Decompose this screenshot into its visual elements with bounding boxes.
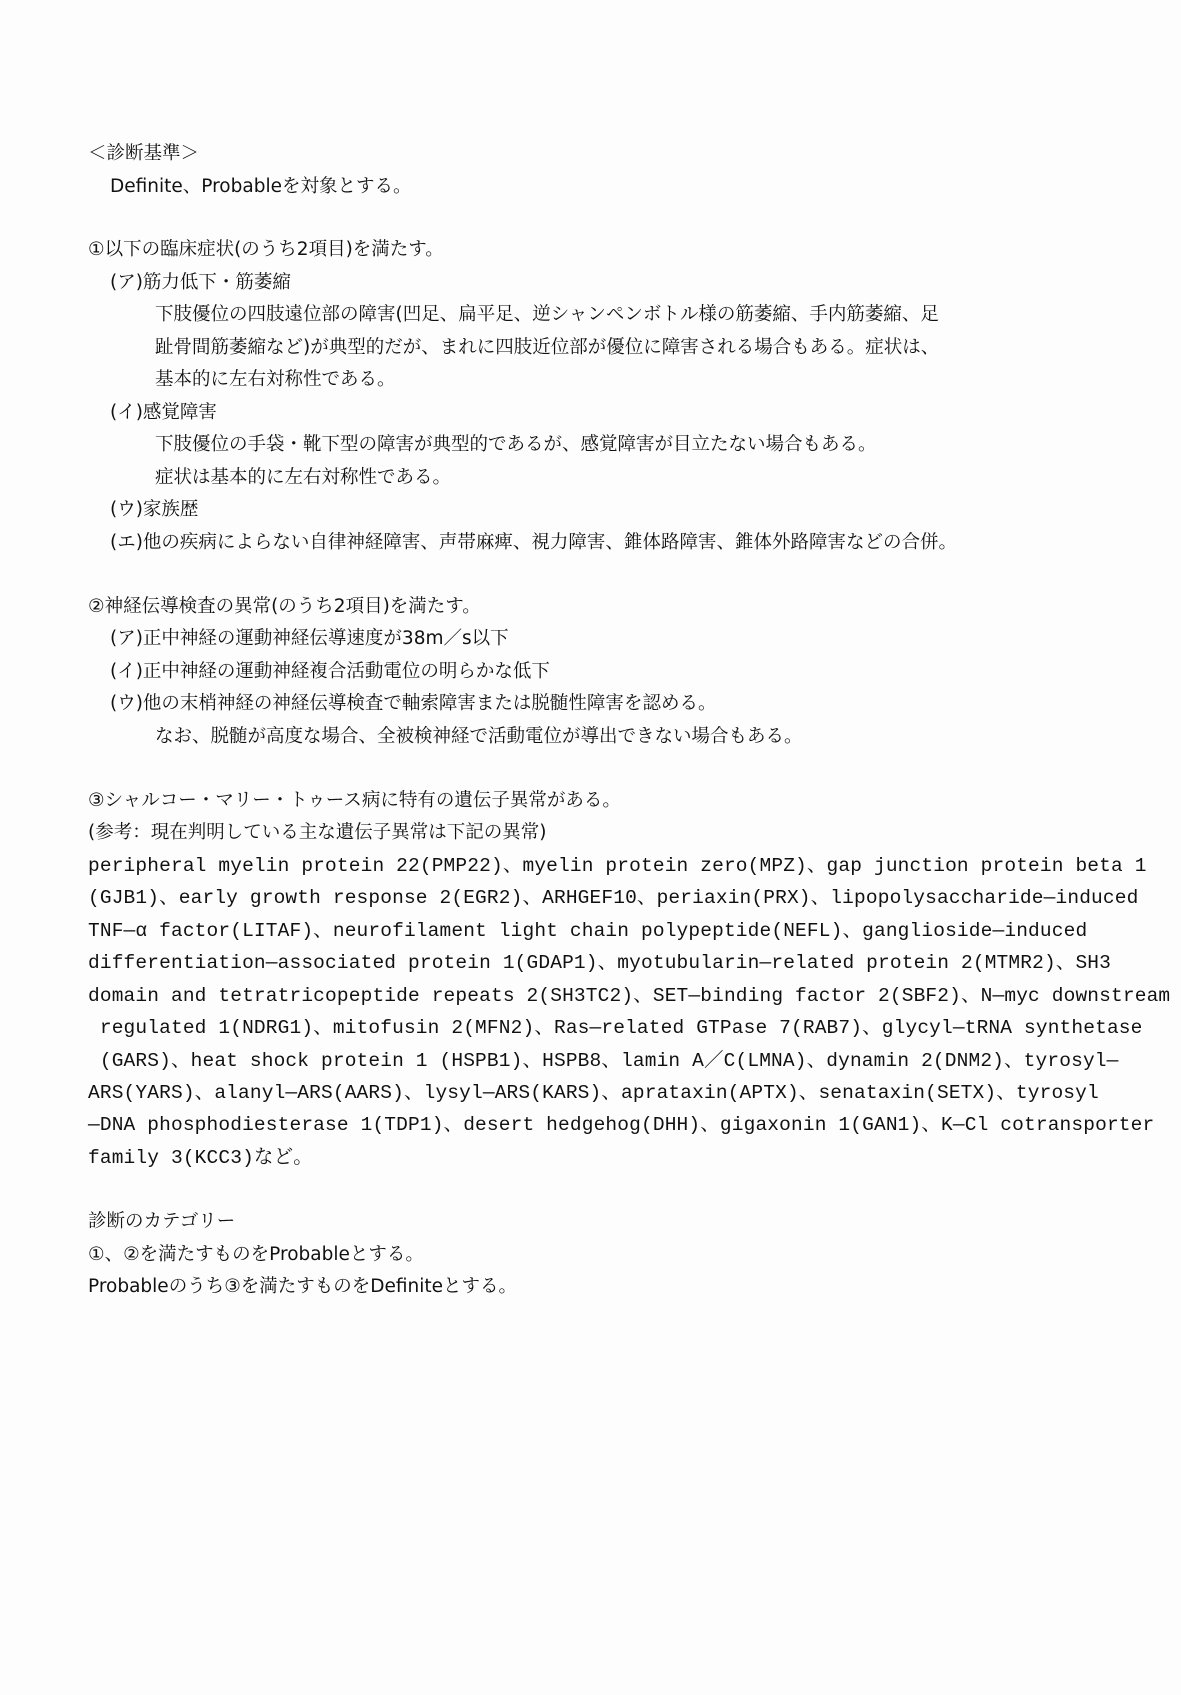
gene-list-line: peripheral myelin protein 22(PMP22)、myel… xyxy=(88,855,1147,877)
criterion-1-item-a-text: 下肢優位の四肢遠位部の障害(凹足、扁平足、逆シャンペンボトル様の筋萎縮、手内筋萎… xyxy=(155,304,939,326)
intro-text: Definite、Probableを対象とする。 xyxy=(110,176,411,198)
criterion-2-title: ②神経伝導検査の異常(のうち2項目)を満たす。 xyxy=(88,596,481,618)
criterion-1-item-b-label: (イ)感覚障害 xyxy=(110,402,217,424)
gene-list-line: differentiation―associated protein 1(GDA… xyxy=(88,952,1111,974)
gene-list-line: ―DNA phosphodiesterase 1(TDP1)、desert he… xyxy=(88,1114,1154,1136)
criterion-2-item-a-label: (ア)正中神経の運動神経伝導速度が38m／s以下 xyxy=(110,628,509,650)
document-page: ＜診断基準＞ Definite、Probableを対象とする。 ①以下の臨床症状… xyxy=(0,0,1181,1695)
criterion-1-title: ①以下の臨床症状(のうち2項目)を満たす。 xyxy=(88,239,444,261)
criterion-2-item-c-text: なお、脱髄が高度な場合、全被検神経で活動電位が導出できない場合もある。 xyxy=(155,726,803,748)
criterion-1-item-a-text: 趾骨間筋萎縮など)が典型的だが、まれに四肢近位部が優位に障害される場合もある。症… xyxy=(155,337,939,359)
criterion-2-item-c-label: (ウ)他の末梢神経の神経伝導検査で軸索障害または脱髄性障害を認める。 xyxy=(110,693,716,715)
category-title: 診断のカテゴリー xyxy=(88,1211,235,1233)
criterion-3-title: ③シャルコー・マリー・トゥース病に特有の遺伝子異常がある。 xyxy=(88,790,621,812)
criterion-1-item-a-text: 基本的に左右対称性である。 xyxy=(155,369,396,391)
criterion-1-item-b-text: 症状は基本的に左右対称性である。 xyxy=(155,467,451,489)
category-definite: Probableのうち③を満たすものをDefiniteとする。 xyxy=(88,1276,517,1298)
category-probable: ①、②を満たすものをProbableとする。 xyxy=(88,1244,424,1266)
section-heading: ＜診断基準＞ xyxy=(88,143,199,165)
criterion-1-item-d-label: (エ)他の疾病によらない自律神経障害、声帯麻痺、視力障害、錐体路障害、錐体外路障… xyxy=(110,532,957,554)
criterion-3-note: (参考：現在判明している主な遺伝子異常は下記の異常) xyxy=(88,822,546,844)
criterion-1-item-b-text: 下肢優位の手袋・靴下型の障害が典型的であるが、感覚障害が目立たない場合もある。 xyxy=(155,434,877,456)
gene-list-line: TNF―α factor(LITAF)、neurofilament light … xyxy=(88,920,1087,942)
gene-list-line: domain and tetratricopeptide repeats 2(S… xyxy=(88,985,1170,1007)
criterion-2-item-b-label: (イ)正中神経の運動神経複合活動電位の明らかな低下 xyxy=(110,661,550,683)
criterion-1-item-a-label: (ア)筋力低下・筋萎縮 xyxy=(110,272,291,294)
gene-list-line: (GJB1)、early growth response 2(EGR2)、ARH… xyxy=(88,887,1138,909)
criterion-1-item-c-label: (ウ)家族歴 xyxy=(110,499,198,521)
gene-list-line: ARS(YARS)、alanyl―ARS(AARS)、lysyl―ARS(KAR… xyxy=(88,1082,1099,1104)
gene-list-line: (GARS)、heat shock protein 1 (HSPB1)、HSPB… xyxy=(88,1050,1119,1072)
gene-list-line: family 3(KCC3)など。 xyxy=(88,1147,313,1169)
gene-list-line: regulated 1(NDRG1)、mitofusin 2(MFN2)、Ras… xyxy=(88,1017,1143,1039)
